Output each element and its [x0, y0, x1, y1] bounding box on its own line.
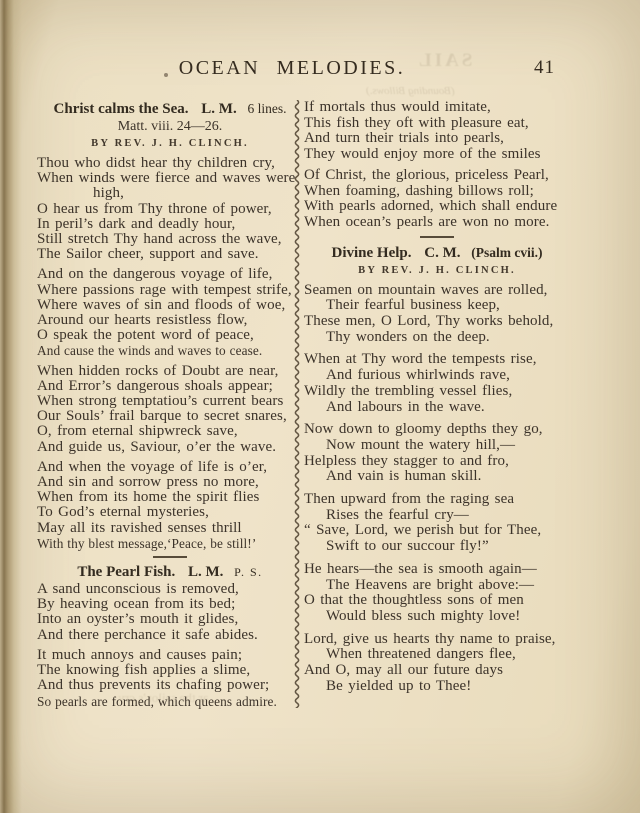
poem-line: Thou who didst hear thy children cry, [37, 156, 303, 171]
poem-line: And Error’s dangerous shoals appear; [37, 379, 303, 394]
poem-line: O, from eternal shipwreck save, [37, 424, 303, 439]
poem-line: Our Souls’ frail barque to secret snares… [37, 409, 303, 424]
page-binding-edge [0, 0, 22, 813]
poem-line: When threatened dangers flee, [304, 647, 570, 663]
poem-line: Now down to gloomy depths they go, [304, 422, 570, 438]
right-column: If mortals thus would imitate,This fish … [304, 100, 570, 702]
poem-line: And guide us, Saviour, o’er the wave. [37, 440, 303, 455]
poem-line: O hear us from Thy throne of power, [37, 202, 303, 217]
poem-line: Now mount the watery hill,— [304, 438, 570, 454]
poem-line: If mortals thus would imitate, [304, 100, 570, 116]
poem-line: And O, may all our future days [304, 663, 570, 679]
poem-line: When foaming, dashing billows roll; [304, 184, 570, 200]
poem-line: When strong temptatiou’s current bears [37, 394, 303, 409]
hymn-meter: C. M. [424, 245, 460, 261]
hymn-stanzas: Seamen on mountain waves are rolled,Thei… [304, 283, 570, 695]
poem-line: They would enjoy more of the smiles [304, 147, 570, 163]
hymn-title: Christ calms the Sea. [54, 101, 189, 117]
poem-line: And vain is human skill. [304, 469, 570, 485]
poem-line: He hears—the sea is smooth again— [304, 562, 570, 578]
poem-line: Be yielded up to Thee! [304, 679, 570, 695]
poem-line: With pearls adorned, which shall endure [304, 199, 570, 215]
poem-line: Wildly the trembling vessel flies, [304, 384, 570, 400]
poem-line: When hidden rocks of Doubt are near, [37, 364, 303, 379]
stanza: Seamen on mountain waves are rolled,Thei… [304, 283, 570, 346]
hymn-title: Divine Help. [332, 245, 412, 261]
poem-line: When ocean’s pearls are won no more. [304, 215, 570, 231]
stanza: Lord, give us hearts thy name to praise,… [304, 632, 570, 695]
poem-line: high, [37, 186, 303, 201]
ink-dot [164, 73, 168, 77]
poem-line: And thus prevents its chafing power; [37, 678, 303, 693]
stanza: When hidden rocks of Doubt are near,And … [37, 364, 303, 455]
wavy-rule-graphic [291, 100, 303, 708]
page-number: 41 [534, 57, 555, 79]
poem-line: O speak the potent word of peace, [37, 328, 303, 343]
poem-line: And when the voyage of life is o’er, [37, 460, 303, 475]
stanza: Of Christ, the glorious, priceless Pearl… [304, 168, 570, 231]
poem-line: So pearls are formed, which queens admir… [37, 694, 303, 709]
poem-line: Where passions rage with tempest strife, [37, 283, 303, 298]
poem-line: To God’s eternal mysteries, [37, 505, 303, 520]
hymn-note: 6 lines. [247, 101, 286, 116]
poem-line: Lord, give us hearts thy name to praise, [304, 632, 570, 648]
poem-line: Their fearful business keep, [304, 298, 570, 314]
show-through-text: (Bounding Billows.) [366, 85, 455, 97]
poem-line: By heaving ocean from its bed; [37, 597, 303, 612]
poem-line: And labours in the wave. [304, 400, 570, 416]
poem-line: These men, O Lord, Thy works behold, [304, 314, 570, 330]
poem-line: The Sailor cheer, support and save. [37, 247, 303, 262]
poem-line: Then upward from the raging sea [304, 492, 570, 508]
hymn-stanzas: If mortals thus would imitate,This fish … [304, 100, 570, 231]
poem-line: This fish they oft with pleasure eat, [304, 116, 570, 132]
hymn-meter: L. M. [188, 564, 223, 580]
hymn-divine-help: Divine Help. C. M. (Psalm cvii.) BY REV.… [304, 244, 570, 695]
section-divider [153, 556, 187, 558]
poem-line: Swift to our succour fly!” [304, 539, 570, 555]
poem-line: Rises the fearful cry— [304, 508, 570, 524]
poem-line: And furious whirlwinds rave, [304, 368, 570, 384]
book-page: SAIL (Bounding Billows.) ar the sailor’s… [0, 0, 640, 813]
poem-line: And sin and sorrow press no more, [37, 475, 303, 490]
stanza: He hears—the sea is smooth again—The Hea… [304, 562, 570, 625]
poem-line: When from its home the spirit flies [37, 490, 303, 505]
poem-line: “ Save, Lord, we perish but for Thee, [304, 523, 570, 539]
poem-line: Of Christ, the glorious, priceless Pearl… [304, 168, 570, 184]
stanza: And when the voyage of life is o’er,And … [37, 460, 303, 551]
poem-line: Around our hearts resistless flow, [37, 313, 303, 328]
hymn-christ-calms-the-sea: Christ calms the Sea. L. M. 6 lines. Mat… [37, 100, 303, 551]
poem-line: It much annoys and causes pain; [37, 648, 303, 663]
poem-line: Seamen on mountain waves are rolled, [304, 283, 570, 299]
poem-line: Still stretch Thy hand across the wave, [37, 232, 303, 247]
hymn-byline: BY REV. J. H. CLINCH. [304, 263, 570, 278]
poem-line: When winds were fierce and waves were [37, 171, 303, 186]
column-separator [291, 100, 303, 708]
hymn-title: The Pearl Fish. [77, 564, 175, 580]
running-title: OCEAN MELODIES. [12, 57, 572, 80]
hymn-heading: The Pearl Fish. L. M. P. S. [37, 564, 303, 581]
hymn-meter: L. M. [201, 101, 236, 117]
poem-line: The knowing fish applies a slime, [37, 663, 303, 678]
poem-line: O that the thoughtless sons of men [304, 593, 570, 609]
stanza: It much annoys and causes pain;The knowi… [37, 648, 303, 709]
poem-line: Would bless such mighty love! [304, 609, 570, 625]
stanza: Thou who didst hear thy children cry,Whe… [37, 156, 303, 262]
stanza: And on the dangerous voyage of life,Wher… [37, 267, 303, 358]
poem-line: And there perchance it safe abides. [37, 628, 303, 643]
section-divider [420, 236, 454, 238]
stanza: Then upward from the raging seaRises the… [304, 492, 570, 555]
hymn-the-pearl-fish: The Pearl Fish. L. M. P. S. A sand uncon… [37, 564, 303, 709]
hymn-pearl-fish-continued: If mortals thus would imitate,This fish … [304, 100, 570, 231]
hymn-note: (Psalm cvii.) [471, 245, 542, 260]
poem-line: The Heavens are bright above:— [304, 578, 570, 594]
stanza: A sand unconscious is removed,By heaving… [37, 582, 303, 643]
scripture-reference: Matt. viii. 24—26. [37, 119, 303, 135]
poem-line: And on the dangerous voyage of life, [37, 267, 303, 282]
hymn-heading: Divine Help. C. M. (Psalm cvii.) [304, 244, 570, 262]
poem-line: And turn their trials into pearls, [304, 131, 570, 147]
hymn-byline: BY REV. J. H. CLINCH. [37, 136, 303, 151]
hymn-heading: Christ calms the Sea. L. M. 6 lines. [37, 100, 303, 118]
poem-line: Into an oyster’s mouth it glides, [37, 612, 303, 627]
poem-line: In peril’s dark and deadly hour, [37, 217, 303, 232]
poem-line: Helpless they stagger to and fro, [304, 454, 570, 470]
poem-line: And cause the winds and waves to cease. [37, 343, 303, 358]
poem-line: When at Thy word the tempests rise, [304, 352, 570, 368]
stanza: When at Thy word the tempests rise,And f… [304, 352, 570, 415]
left-column: Christ calms the Sea. L. M. 6 lines. Mat… [37, 100, 303, 714]
poem-line: May all its ravished senses thrill [37, 521, 303, 536]
hymn-stanzas: Thou who didst hear thy children cry,Whe… [37, 156, 303, 551]
stanza: If mortals thus would imitate,This fish … [304, 100, 570, 163]
hymn-stanzas: A sand unconscious is removed,By heaving… [37, 582, 303, 709]
poem-line: Thy wonders on the deep. [304, 330, 570, 346]
hymn-note: P. S. [234, 565, 263, 579]
poem-line: With thy blest message,‘Peace, be still!… [37, 536, 303, 551]
poem-line: Where waves of sin and floods of woe, [37, 298, 303, 313]
stanza: Now down to gloomy depths they go,Now mo… [304, 422, 570, 485]
poem-line: A sand unconscious is removed, [37, 582, 303, 597]
